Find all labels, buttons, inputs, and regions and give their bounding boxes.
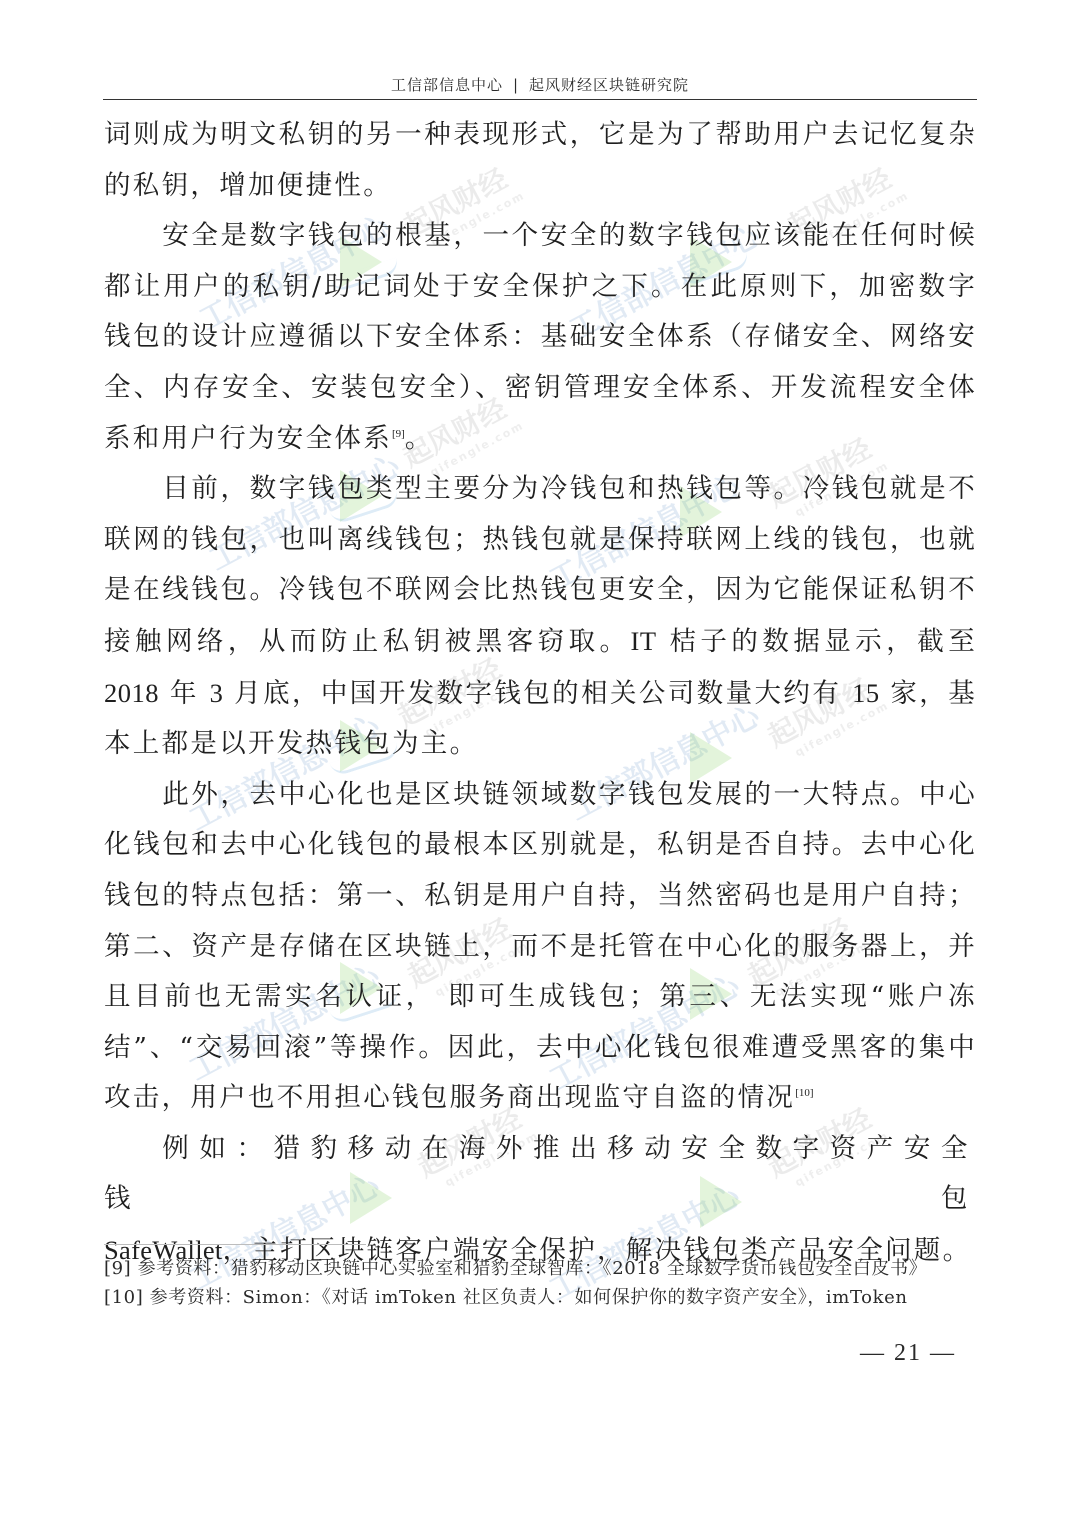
paragraph-5: 例如：猎豹移动在海外推出移动安全数字资产安全钱包 [104,1124,977,1225]
footnote-ref-10[interactable]: [10] [795,1087,813,1099]
footnote-separator [104,1244,366,1245]
paragraph-1: 词则成为明文私钥的另一种表现形式，它是为了帮助用户去记忆复杂的私钥，增加便捷性。 [104,110,977,211]
footnote-ref-9[interactable]: [9] [392,428,405,440]
document-page: 起风财经qifengle.com 工信部信息中心 起风财经qifengle.co… [0,0,1080,1527]
paragraph-3: 目前，数字钱包类型主要分为冷钱包和热钱包等。冷钱包就是不联网的钱包，也叫离线钱包… [104,464,977,770]
body-text: 词则成为明文私钥的另一种表现形式，它是为了帮助用户去记忆复杂的私钥，增加便捷性。… [104,110,977,1277]
header-separator: | [513,76,519,94]
footnote-10: [10] 参考资料：Simon：《对话 imToken 社区负责人：如何保护你的… [104,1283,977,1312]
paragraph-4: 此外，去中心化也是区块链领域数字钱包发展的一大特点。中心化钱包和去中心化钱包的最… [104,770,977,1124]
page-number: — 21 — [850,1340,966,1367]
footnotes: [9] 参考资料：猎豹移动区块链中心实验室和猎豹全球智库：《2018 全球数字货… [104,1254,977,1312]
running-header: 工信部信息中心|起风财经区块链研究院 [103,74,977,95]
paragraph-2: 安全是数字钱包的根基，一个安全的数字钱包应该能在任何时候都让用户的私钥/助记词处… [104,211,977,464]
footnote-9: [9] 参考资料：猎豹移动区块链中心实验室和猎豹全球智库：《2018 全球数字货… [104,1254,977,1283]
header-org: 工信部信息中心 [391,76,503,94]
header-rule [103,99,977,100]
header-institute: 起风财经区块链研究院 [529,76,689,94]
